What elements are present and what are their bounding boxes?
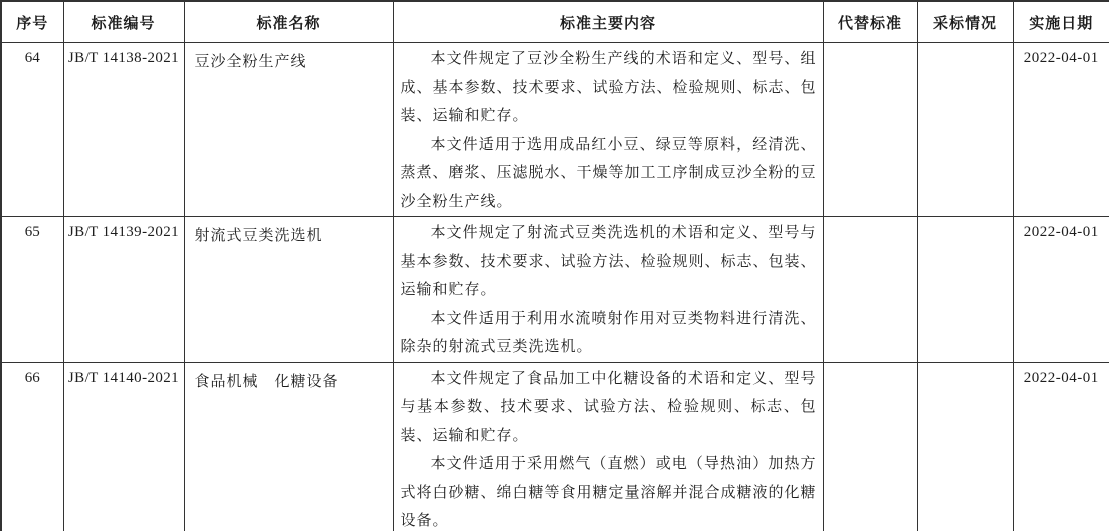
cell-standard-name: 射流式豆类洗选机	[184, 217, 393, 363]
cell-standard-name: 豆沙全粉生产线	[184, 43, 393, 217]
cell-replaced-standard	[823, 362, 917, 531]
header-replaced-standard: 代替标准	[823, 1, 917, 43]
header-seq: 序号	[1, 1, 63, 43]
header-adoption-status: 采标情况	[917, 1, 1013, 43]
table-row: 65 JB/T 14139-2021 射流式豆类洗选机 本文件规定了射流式豆类洗…	[1, 217, 1109, 363]
cell-standard-code: JB/T 14138-2021	[63, 43, 184, 217]
cell-seq: 66	[1, 362, 63, 531]
table-header-row: 序号 标准编号 标准名称 标准主要内容 代替标准 采标情况 实施日期	[1, 1, 1109, 43]
cell-implementation-date: 2022-04-01	[1013, 217, 1109, 363]
table-row: 64 JB/T 14138-2021 豆沙全粉生产线 本文件规定了豆沙全粉生产线…	[1, 43, 1109, 217]
cell-standard-code: JB/T 14139-2021	[63, 217, 184, 363]
content-paragraph: 本文件规定了射流式豆类洗选机的术语和定义、型号与基本参数、技术要求、试验方法、检…	[401, 219, 817, 305]
cell-replaced-standard	[823, 43, 917, 217]
cell-implementation-date: 2022-04-01	[1013, 362, 1109, 531]
content-paragraph: 本文件适用于利用水流喷射作用对豆类物料进行清洗、除杂的射流式豆类洗选机。	[401, 305, 817, 362]
standards-table: 序号 标准编号 标准名称 标准主要内容 代替标准 采标情况 实施日期 64 JB…	[0, 0, 1109, 531]
header-standard-name: 标准名称	[184, 1, 393, 43]
cell-standard-code: JB/T 14140-2021	[63, 362, 184, 531]
content-paragraph: 本文件适用于采用燃气（直燃）或电（导热油）加热方式将白砂糖、绵白糖等食用糖定量溶…	[401, 450, 817, 531]
cell-main-content: 本文件规定了食品加工中化糖设备的术语和定义、型号与基本参数、技术要求、试验方法、…	[393, 362, 823, 531]
header-main-content: 标准主要内容	[393, 1, 823, 43]
cell-adoption-status	[917, 43, 1013, 217]
cell-standard-name: 食品机械 化糖设备	[184, 362, 393, 531]
table-row: 66 JB/T 14140-2021 食品机械 化糖设备 本文件规定了食品加工中…	[1, 362, 1109, 531]
cell-main-content: 本文件规定了豆沙全粉生产线的术语和定义、型号、组成、基本参数、技术要求、试验方法…	[393, 43, 823, 217]
header-standard-code: 标准编号	[63, 1, 184, 43]
cell-seq: 65	[1, 217, 63, 363]
cell-main-content: 本文件规定了射流式豆类洗选机的术语和定义、型号与基本参数、技术要求、试验方法、检…	[393, 217, 823, 363]
content-paragraph: 本文件规定了食品加工中化糖设备的术语和定义、型号与基本参数、技术要求、试验方法、…	[401, 365, 817, 451]
content-paragraph: 本文件适用于选用成品红小豆、绿豆等原料，经清洗、蒸煮、磨浆、压滤脱水、干燥等加工…	[401, 131, 817, 217]
cell-implementation-date: 2022-04-01	[1013, 43, 1109, 217]
header-implementation-date: 实施日期	[1013, 1, 1109, 43]
cell-adoption-status	[917, 217, 1013, 363]
cell-seq: 64	[1, 43, 63, 217]
cell-adoption-status	[917, 362, 1013, 531]
cell-replaced-standard	[823, 217, 917, 363]
content-paragraph: 本文件规定了豆沙全粉生产线的术语和定义、型号、组成、基本参数、技术要求、试验方法…	[401, 45, 817, 131]
